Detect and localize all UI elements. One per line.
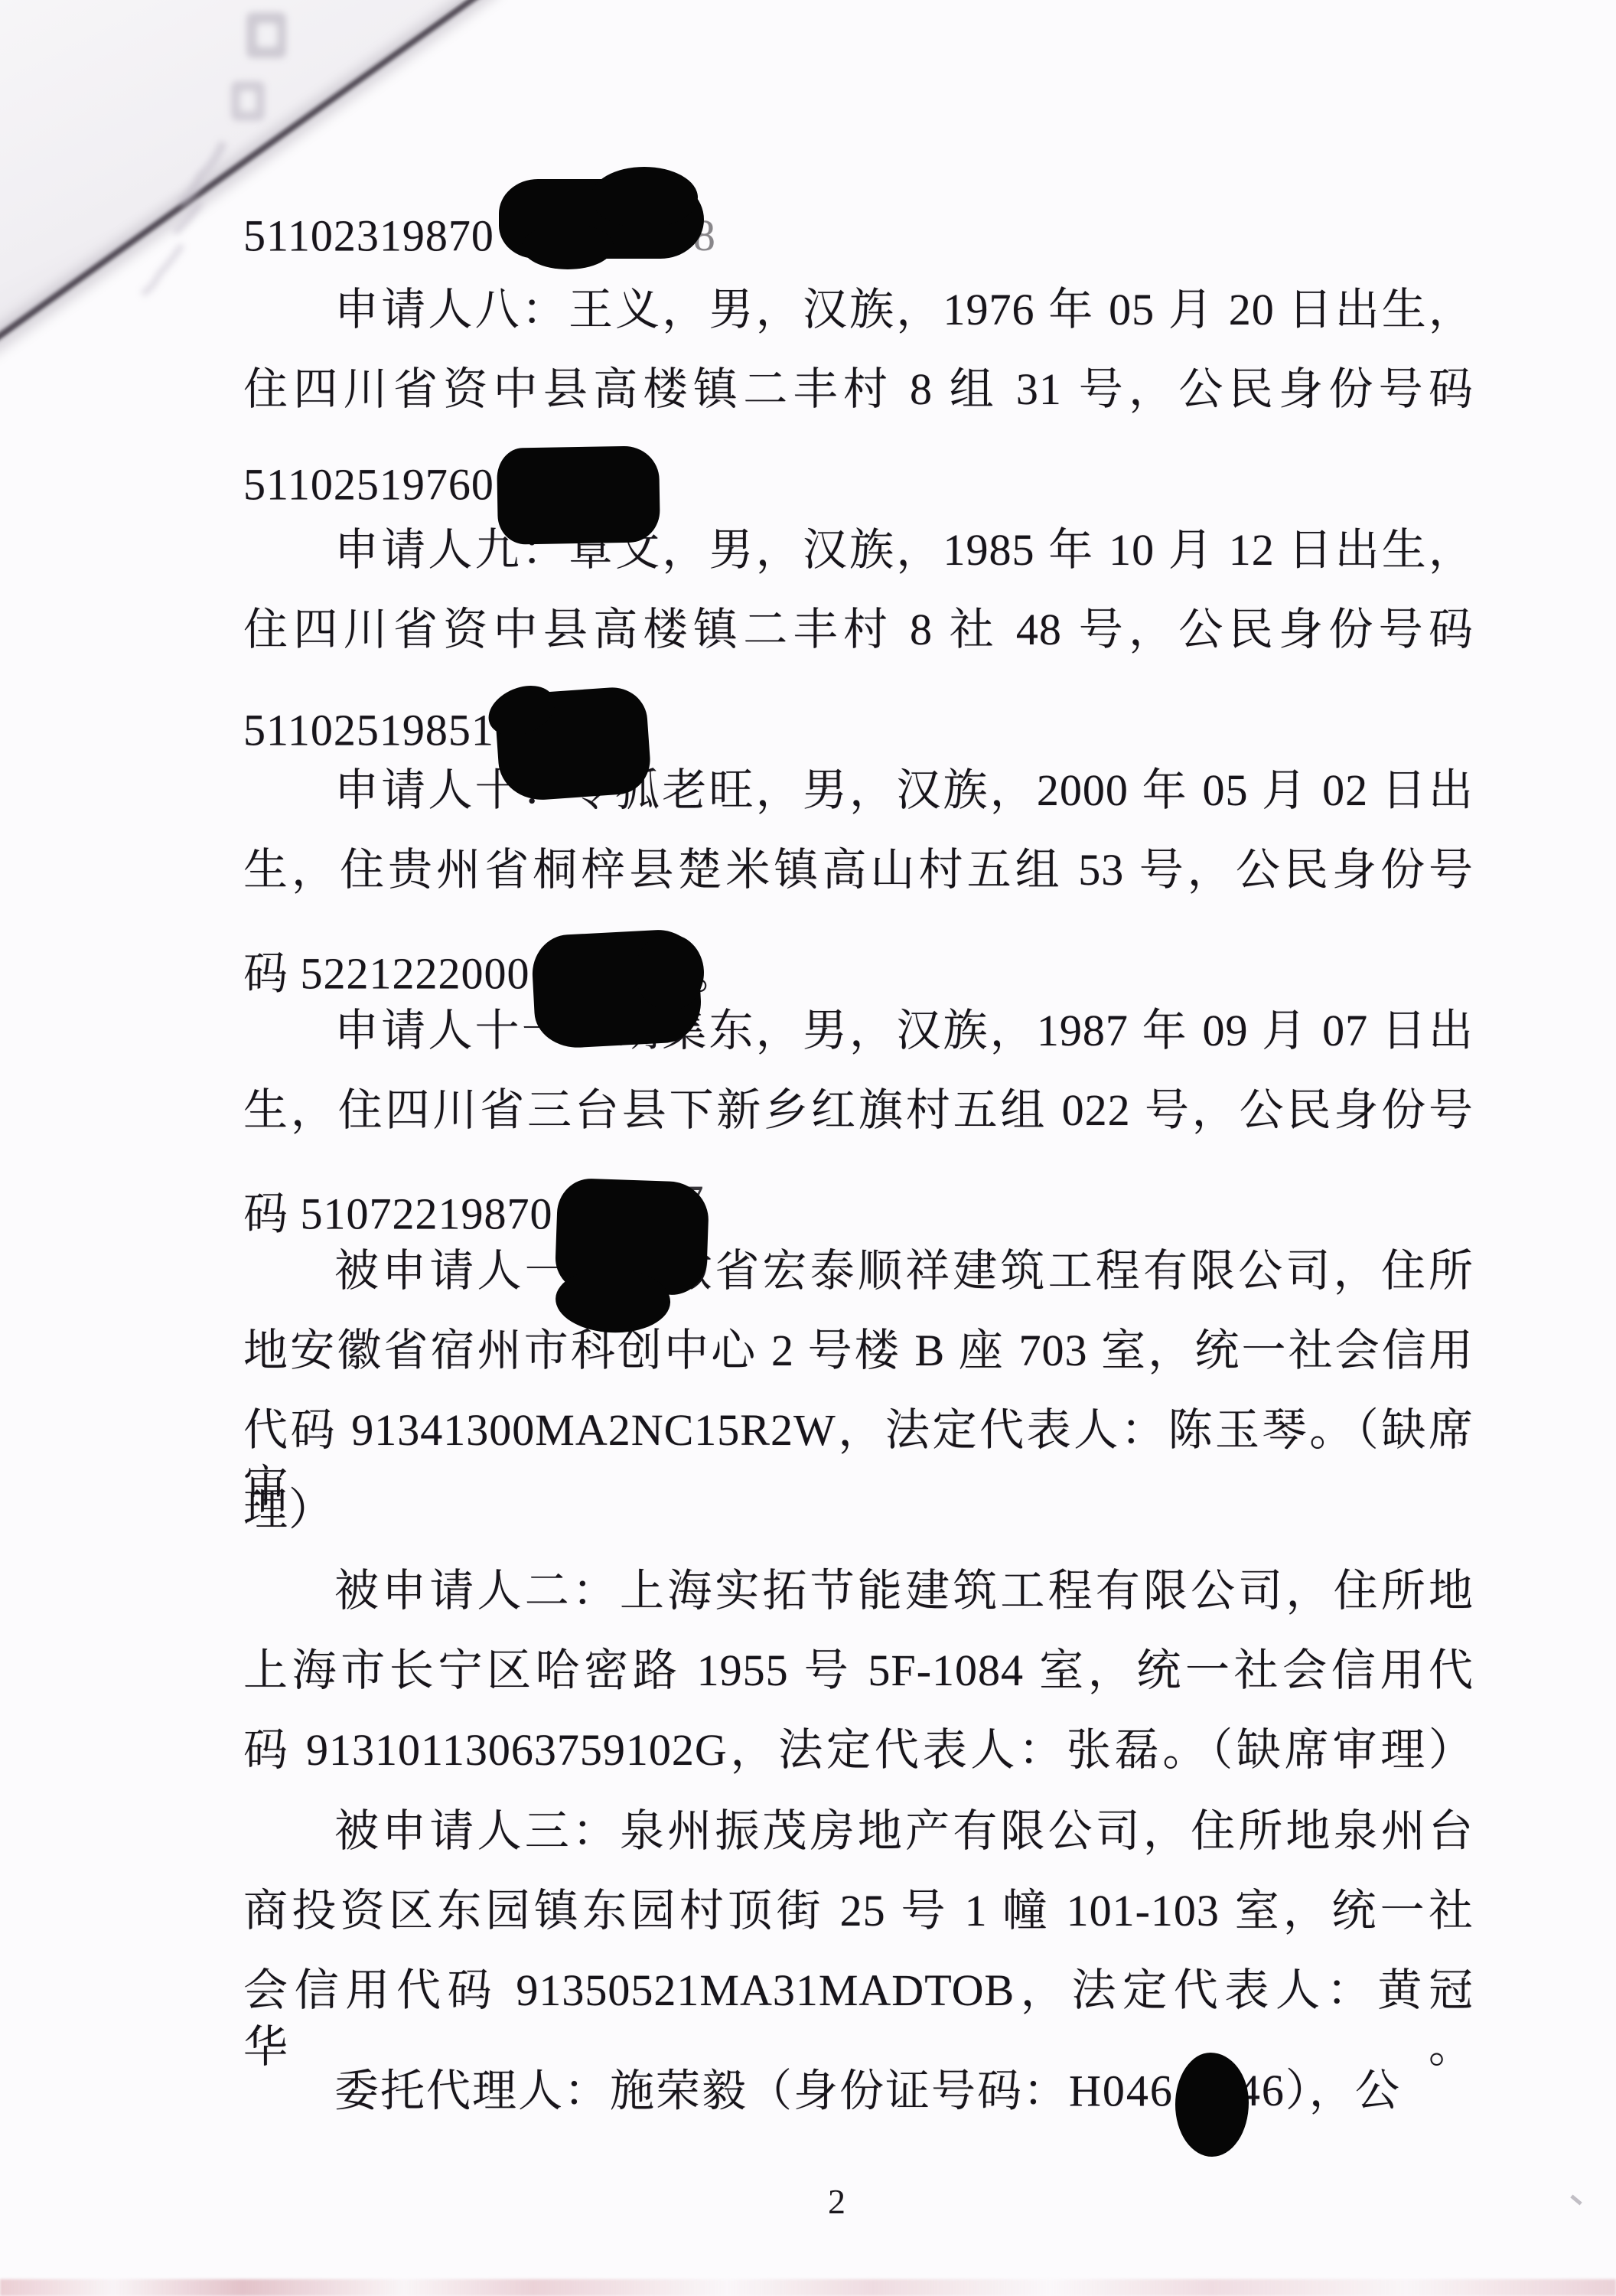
respondent-2-credit-code-line: 码 91310113063759102G，法定代表人：张磊。（缺席审理） <box>243 1722 1474 1779</box>
redaction-blob <box>497 445 660 545</box>
applicant-11-line: 申请人十一：胡集东，男，汉族，1987 年 09 月 07 日出 <box>243 1003 1474 1059</box>
id-digits: 码 51072219870 <box>243 1189 553 1238</box>
scan-artifact-tick <box>1570 2194 1582 2205</box>
applicant-8-address-line: 住四川省资中县高楼镇二丰村 8 组 31 号，公民身份号码 <box>243 361 1474 418</box>
respondent-3-line: 被申请人三：泉州振茂房地产有限公司，住所地泉州台 <box>243 1803 1474 1860</box>
agent-line: 委托代理人：施荣毅（身份证号码：H04646），公 <box>334 2043 1401 2100</box>
redaction-blob <box>499 179 704 259</box>
respondent-1-credit-code-line: 代码 91341300MA2NC15R2W，法定代表人：陈玉琴。（缺席审 <box>243 1402 1474 1459</box>
applicant-11-address-line: 生，住四川省三台县下新乡红旗村五组 022 号，公民身份号 <box>243 1082 1474 1139</box>
applicant-9-line: 申请人九：章文，男，汉族，1985 年 10 月 12 日出生， <box>243 522 1474 579</box>
id-number-line-applicant8: 51102519760 <box>243 441 660 497</box>
applicant-8-line: 申请人八：王义，男，汉族，1976 年 05 月 20 日出生， <box>243 282 1474 338</box>
id-number-line-applicant10: 码 5221222000。 <box>243 921 738 978</box>
respondent-1-line: 被申请人一：安徽省宏泰顺祥建筑工程有限公司，住所 <box>243 1243 1474 1300</box>
redaction-blob <box>494 685 652 802</box>
agent-text-tail: 46），公 <box>1238 2066 1401 2115</box>
respondent-1-address-line: 地安徽省宿州市科创中心 2 号楼 B 座 703 室，统一社会信用 <box>243 1322 1474 1379</box>
respondent-2-address-line: 上海市长宁区哈密路 1955 号 5F-1084 室，统一社会信用代 <box>243 1642 1474 1699</box>
id-number-line-applicant11: 码 510722198707 <box>243 1162 705 1218</box>
page-number: 2 <box>828 2181 845 2222</box>
agent-text: 委托代理人：施荣毅（身份证号码：H046 <box>334 2066 1174 2115</box>
id-number-line-applicant9: 51102519851 <box>243 681 649 738</box>
id-digits: 码 5221222000 <box>243 948 530 998</box>
applicant-10-line: 申请人十：令狐老旺，男，汉族，2000 年 05 月 02 日出 <box>243 762 1474 819</box>
respondent-2-line: 被申请人二：上海实拓节能建筑工程有限公司，住所地 <box>243 1563 1474 1619</box>
respondent-3-address-line: 商投资区东园镇东园村顶街 25 号 1 幢 101-103 室，统一社 <box>243 1883 1474 1939</box>
id-number-line-applicant7: 511023198708 <box>243 201 716 257</box>
scan-artifact-stripe <box>0 2279 1616 2296</box>
applicant-9-address-line: 住四川省资中县高楼镇二丰村 8 社 48 号，公民身份号码 <box>243 602 1474 658</box>
id-digits: 51102519851 <box>243 705 494 755</box>
redaction-blob <box>554 1178 709 1296</box>
id-digits: 51102319870 <box>243 210 494 260</box>
respondent-1-tail-line: 理） <box>243 1482 334 1538</box>
applicant-10-address-line: 生，住贵州省桐梓县楚米镇高山村五组 53 号，公民身份号 <box>243 842 1474 899</box>
id-digits: 51102519760 <box>243 459 494 509</box>
redaction-blob <box>530 928 702 1049</box>
respondent-3-credit-code-line: 会信用代码 91350521MA31MADTOB，法定代表人：黄冠华。 <box>243 1962 1474 2019</box>
scanned-document-page: 511023198708 申请人八：王义，男，汉族，1976 年 05 月 20… <box>0 0 1616 2296</box>
redaction-blob <box>1175 2053 1249 2157</box>
